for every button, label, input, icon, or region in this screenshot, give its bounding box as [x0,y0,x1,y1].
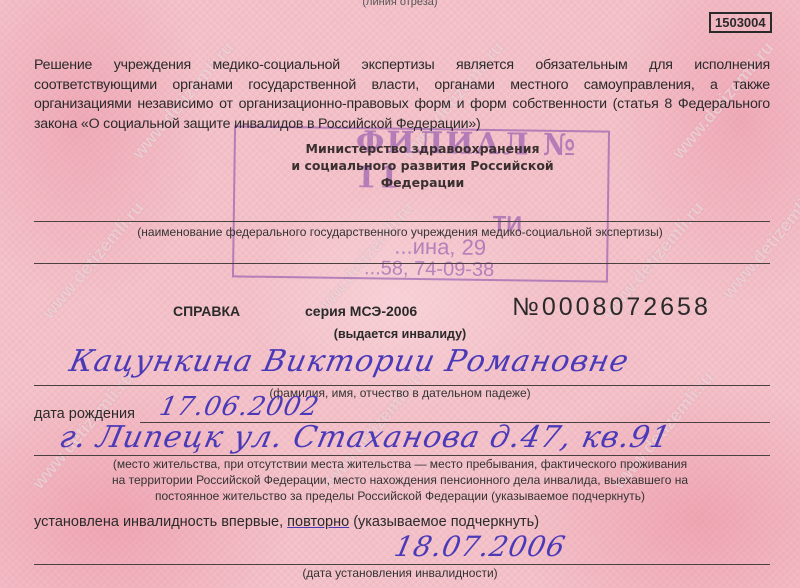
ministry-header: Министерство здравоохранения и социально… [250,140,595,191]
form-code: 1503004 [709,12,772,33]
ministry-line: Министерство здравоохранения [250,140,595,157]
issued-to-label: (выдается инвалиду) [0,327,800,341]
series-label: серия МСЭ-2006 [305,303,417,319]
address-field[interactable]: г. Липецк ул. Стаханова д.47, кв.91 [56,420,674,455]
institution-line [34,221,770,222]
institution-line-2 [34,263,770,264]
address-caption: (место жительства, при отсутствии места … [0,457,800,471]
disability-suffix: (указываемое подчеркнуть) [353,514,539,530]
institution-caption: (наименование федерального государственн… [0,225,800,239]
intro-paragraph: Решение учреждения медико-социальной экс… [34,56,770,134]
certificate-number: №0008072658 [512,293,711,322]
disability-date-line [34,564,770,565]
disability-date-field[interactable]: 18.07.2006 [391,530,568,563]
ministry-line: и социального развития Российской Федера… [250,157,595,191]
full-name-caption: (фамилия, имя, отчество в дательном паде… [0,386,800,400]
stamp-text: ...58, 74-09-38 [364,257,494,282]
address-caption: постоянное жительство за пределы Российс… [0,489,800,503]
disability-status: установлена инвалидность впервые, повтор… [34,514,539,530]
number-value: 0008072658 [542,293,711,321]
disability-date-caption: (дата установления инвалидности) [0,566,800,580]
address-line [34,455,770,456]
address-caption: на территории Российской Федерации, мест… [0,473,800,487]
number-sign: № [512,293,542,321]
birth-date-field[interactable]: 17.06.2002 [157,392,322,422]
disability-selected[interactable]: повторно [287,514,349,530]
cut-line-label: (линия отреза) [0,0,800,8]
certificate-label: СПРАВКА [173,303,240,319]
full-name-field[interactable]: Кацункина Виктории Романовне [66,344,632,379]
disability-prefix: установлена инвалидность впервые, [34,514,283,530]
